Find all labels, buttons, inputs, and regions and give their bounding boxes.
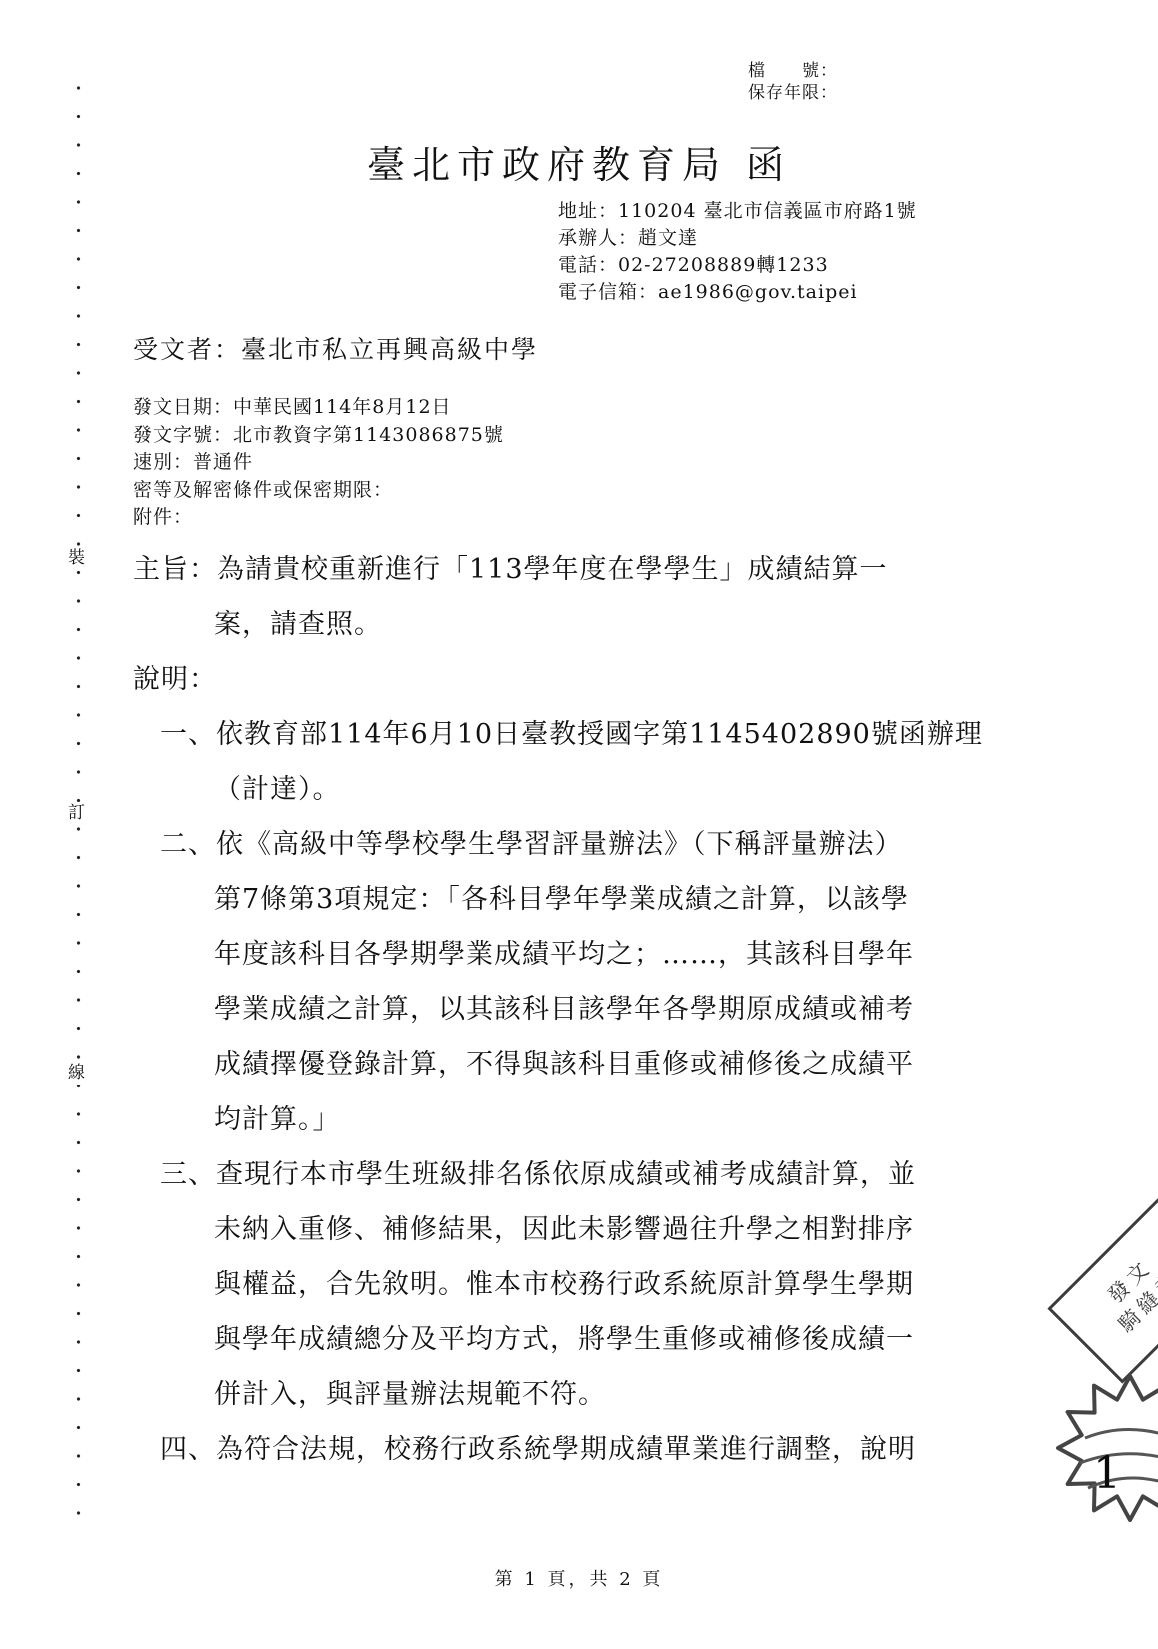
item-2-cont-1: 第7條第3項規定：「各科目學年學業成績之計算，以該學 — [133, 872, 1033, 927]
file-number-block: 檔 號： 保存年限： — [748, 60, 838, 104]
item-3-text: 查現行本市學生班級排名係依原成績或補考成績計算，並 — [216, 1159, 916, 1190]
item-1-text: 依教育部114年6月10日臺教授國字第1145402890號函辦理 — [216, 719, 983, 750]
item-4-marker: 四、 — [160, 1422, 216, 1477]
item-3-cont-4: 併計入，與評量辦法規範不符。 — [133, 1367, 1033, 1422]
sender-info-block: 地址：110204 臺北市信義區市府路1號 承辦人：趙文達 電話：02-2720… — [558, 198, 917, 306]
item-4-text: 為符合法規，校務行政系統學期成績單業進行調整，說明 — [216, 1434, 916, 1465]
recipient-line: 受文者：臺北市私立再興高級中學 — [133, 330, 538, 366]
subject-line-cont: 案，請查照。 — [133, 597, 1033, 652]
doc-number: 發文字號：北市教資字第1143086875號 — [133, 422, 504, 450]
item-2-cont-2: 年度該科目各學期學業成績平均之；……，其該科目學年 — [133, 927, 1033, 982]
binding-mark-xian: 線 — [68, 1062, 85, 1085]
attachment-label: 附件： — [133, 504, 504, 532]
sender-phone: 電話：02-27208889轉1233 — [558, 252, 917, 279]
item-3-cont-1: 未納入重修、補修結果，因此未影響過往升學之相對排序 — [133, 1202, 1033, 1257]
item-1-line: 一、依教育部114年6月10日臺教授國字第1145402890號函辦理 — [133, 707, 1033, 762]
item-2-text: 依《高級中等學校學生學習評量辦法》（下稱評量辦法） — [216, 829, 903, 860]
sender-contact-person: 承辦人：趙文達 — [558, 225, 917, 252]
item-1-cont: （計達）。 — [133, 762, 1033, 817]
item-2-marker: 二、 — [160, 817, 216, 872]
sender-address: 地址：110204 臺北市信義區市府路1號 — [558, 198, 917, 225]
item-2-cont-3: 學業成績之計算，以其該科目該學年各學期原成績或補考 — [133, 982, 1033, 1037]
subject-line: 主旨：為請貴校重新進行「113學年度在學學生」成績結算一 — [133, 542, 1033, 597]
page-footer: 第 1 頁，共 2 頁 — [0, 1565, 1158, 1591]
item-3-cont-3: 與學年成績總分及平均方式，將學生重修或補修後成績一 — [133, 1312, 1033, 1367]
page-title: 臺北市政府教育局 函 — [0, 134, 1158, 189]
item-3-marker: 三、 — [160, 1147, 216, 1202]
item-2-cont-4: 成績擇優登錄計算，不得與該科目重修或補修後之成績平 — [133, 1037, 1033, 1092]
file-number-label: 檔 號： — [748, 60, 838, 82]
sender-email: 電子信箱：ae1986@gov.taipei — [558, 279, 917, 306]
letter-body: 主旨：為請貴校重新進行「113學年度在學學生」成績結算一 案，請查照。 說明： … — [133, 542, 1033, 1477]
item-3-cont-2: 與權益，合先敘明。惟本市校務行政系統原計算學生學期 — [133, 1257, 1033, 1312]
binding-mark-zhuang: 裝 — [68, 547, 85, 570]
binding-mark-ding: 訂 — [68, 802, 85, 825]
official-letter-page: 裝 訂 線 檔 號： 保存年限： 臺北市政府教育局 函 地址：110204 臺北… — [0, 0, 1158, 1649]
item-2-cont-5: 均計算。」 — [133, 1092, 1033, 1147]
explanation-label: 說明： — [133, 652, 1033, 707]
item-1-marker: 一、 — [160, 707, 216, 762]
speed-class: 速別：普通件 — [133, 449, 504, 477]
issue-date: 發文日期：中華民國114年8月12日 — [133, 394, 504, 422]
security-class: 密等及解密條件或保密期限： — [133, 477, 504, 505]
item-3-line: 三、查現行本市學生班級排名係依原成績或補考成績計算，並 — [133, 1147, 1033, 1202]
item-2-line: 二、依《高級中等學校學生學習評量辦法》（下稱評量辦法） — [133, 817, 1033, 872]
edge-seal-stamp: 發文 騎縫章 — [1047, 1198, 1158, 1383]
item-4-line: 四、為符合法規，校務行政系統學期成績單業進行調整，說明 — [133, 1422, 1033, 1477]
retention-period-label: 保存年限： — [748, 82, 838, 104]
page-seal-number: 1 — [1093, 1448, 1121, 1499]
meta-block: 發文日期：中華民國114年8月12日 發文字號：北市教資字第1143086875… — [133, 394, 504, 532]
